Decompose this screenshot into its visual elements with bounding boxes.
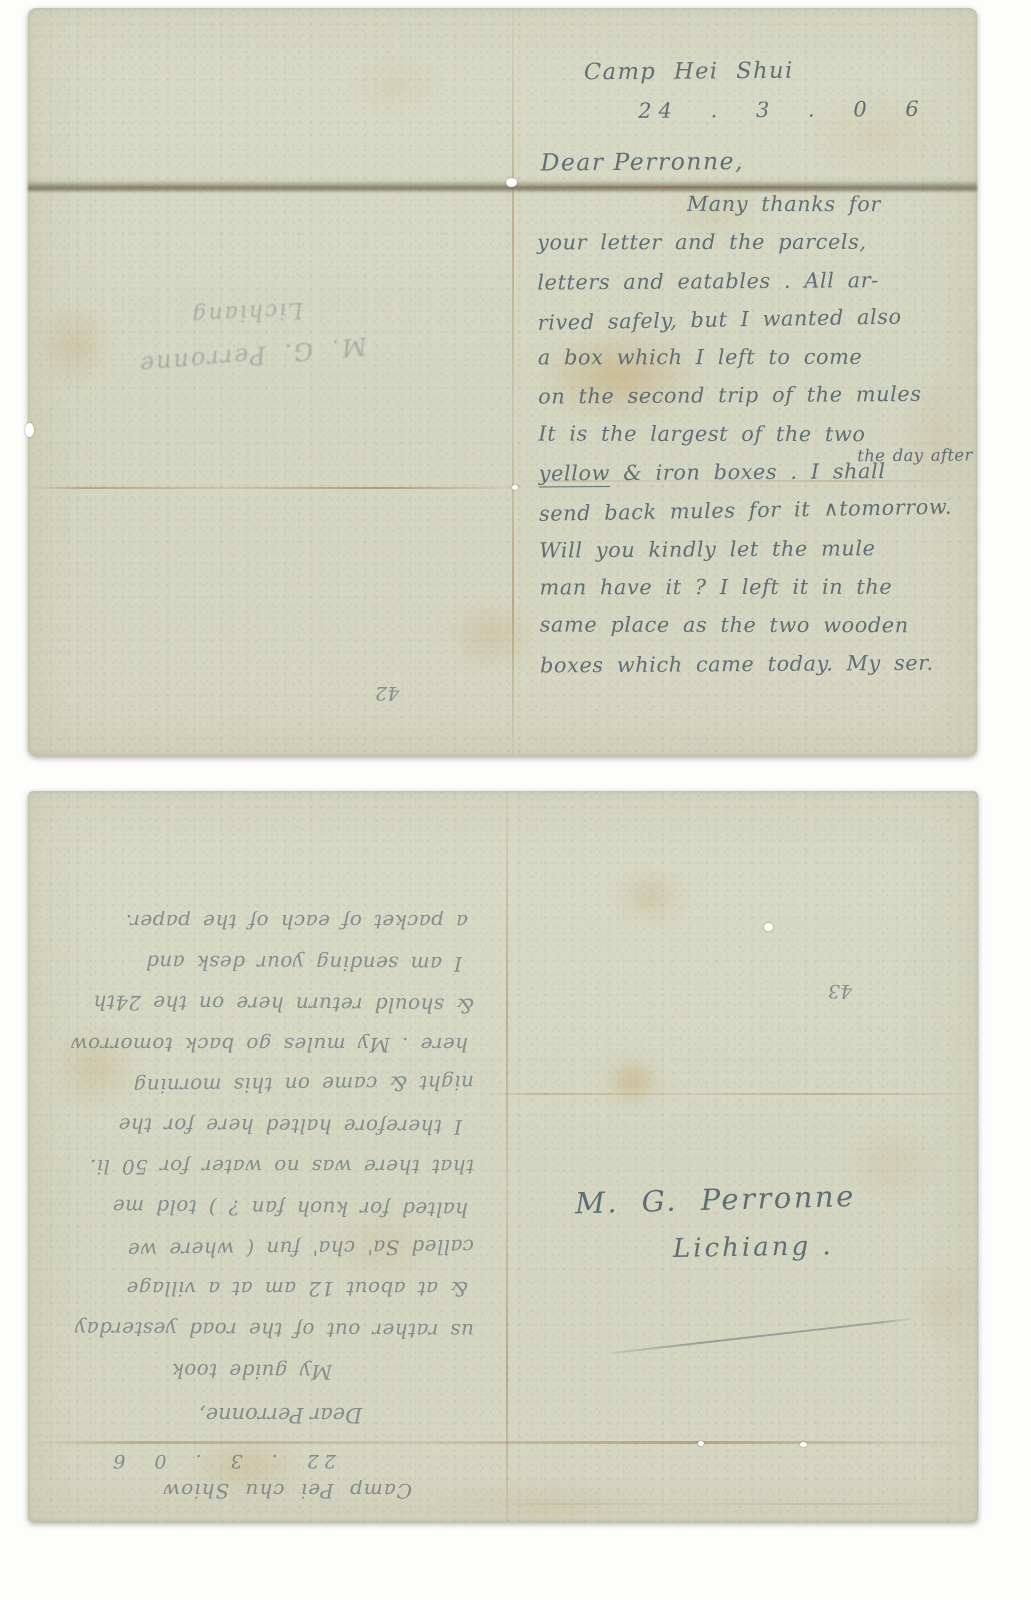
- showthrough-address-place: Lichiang: [104, 297, 303, 332]
- interline-insertion: the day after: [857, 437, 973, 476]
- page-number-42: 42: [375, 682, 399, 704]
- showthrough-address-name: M. G. Perronne: [104, 332, 367, 383]
- stain: [908, 1261, 983, 1346]
- fold-crease: [483, 1093, 978, 1095]
- letter-line: on the second trip of the mules: [538, 375, 978, 416]
- letter-line: here . My mules go back tomorrow: [36, 1024, 468, 1065]
- letter-line: rived safely, but I wanted also: [537, 296, 978, 342]
- letter-line: I am sending your desk and: [36, 941, 462, 984]
- letter-line: Will you kindly let the mule: [539, 528, 979, 569]
- letter-line: man have it ? I left it in the: [539, 568, 979, 607]
- letter-line: that there was no water for 50 li.: [36, 1146, 474, 1187]
- showthrough-address-block: M. G. Perronne Lichiang: [105, 258, 375, 443]
- page-number-43: 43: [828, 980, 852, 1002]
- pinhole: [512, 485, 518, 490]
- pinhole: [506, 178, 517, 187]
- fold-crease: [28, 487, 528, 489]
- letter-line: & should return here on the 24th: [36, 981, 474, 1026]
- letter-line: & at about 12 am at a village: [36, 1269, 468, 1310]
- letter-line-rest: & iron boxes . I shall: [610, 459, 886, 485]
- letter-date: 24 . 3 . 0 6: [638, 96, 976, 122]
- letter-line: My guide took: [36, 1349, 332, 1392]
- underlined-word: yellow: [539, 461, 610, 487]
- letter-line: a box which I left to come: [538, 338, 978, 377]
- pinhole: [25, 423, 34, 437]
- stain: [603, 1056, 663, 1106]
- letter-line: a packet of each of the paper.: [36, 901, 468, 942]
- letter-line: yellow & iron boxes . I shall the day af…: [539, 452, 979, 493]
- address-name: M. G. Perronne: [575, 1178, 906, 1221]
- letter-date: 22 . 3 . 0 6: [36, 1450, 336, 1472]
- letter-line: us rather out of the road yesterday: [36, 1308, 474, 1351]
- address-place: Lichiang .: [673, 1230, 905, 1264]
- stain: [443, 598, 538, 673]
- letter-line: send back mules for it ∧tomorrow.: [539, 488, 980, 534]
- center-fold: [506, 791, 508, 1522]
- letter-line: Many thanks for: [537, 185, 977, 224]
- letter-line: night & came on this morning: [36, 1062, 474, 1107]
- letter-salutation: Dear Perronne,: [36, 1403, 362, 1427]
- letter-line: your letter and the parcels,: [537, 223, 977, 262]
- letter-location: Camp Hei Shui: [584, 56, 976, 85]
- pinhole: [764, 923, 773, 931]
- letter-line: called Sa' cha' fun ( where we: [36, 1226, 474, 1271]
- letter-line: same place as the two wooden: [540, 606, 980, 645]
- letter-line: halted for kuoh fan ? ) told me: [36, 1185, 468, 1230]
- pinhole: [698, 1441, 704, 1446]
- letter-salutation: Dear Perronne,: [540, 145, 976, 176]
- letter-page-text: Camp Hei Shui 24 . 3 . 0 6 Dear Perronne…: [536, 56, 980, 684]
- fold-crease: [498, 1503, 978, 1505]
- pinhole: [800, 1442, 807, 1447]
- letter-location: Camp Pei chu Shiow: [36, 1479, 412, 1503]
- stain: [348, 58, 443, 113]
- letter-line: letters and eatables . All ar-: [537, 260, 977, 301]
- stain: [38, 303, 113, 388]
- letter-line: boxes which came today. My ser.: [540, 643, 980, 684]
- center-fold: [512, 8, 514, 756]
- letter-line: I therefore halted here for the: [36, 1104, 462, 1147]
- stain: [613, 866, 688, 926]
- address-block: M. G. Perronne Lichiang .: [575, 1182, 905, 1262]
- letter-continuation-upside-down: Camp Pei chu Shiow 22 . 3 . 0 6 Dear Per…: [36, 845, 474, 1503]
